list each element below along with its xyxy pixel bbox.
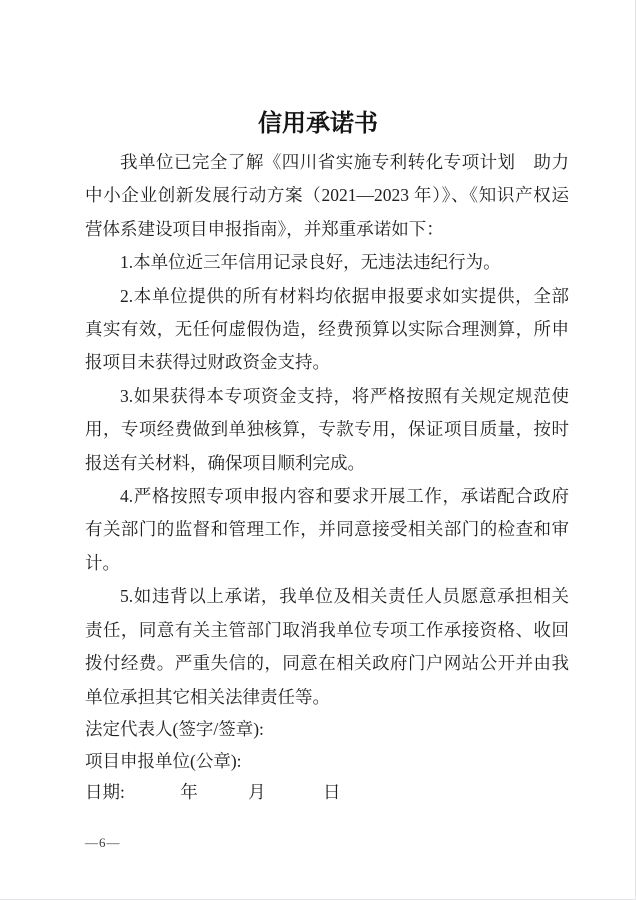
applicant-unit-seal-line: 项目申报单位(公章):: [85, 746, 569, 778]
date-month-label: 月: [248, 777, 266, 809]
date-day-label: 日: [323, 777, 341, 809]
commitment-item-3: 3.如果获得本专项资金支持，将严格按照有关规定规范使用，专项经费做到单独核算，专…: [85, 380, 569, 480]
signature-block: 法定代表人(签字/签章): 项目申报单位(公章): 日期: 年 月 日: [85, 714, 569, 809]
commitment-item-5: 5.如违背以上承诺，我单位及相关责任人员愿意承担相关责任，同意有关主管部门取消我…: [85, 580, 569, 714]
document-body: 我单位已完全了解《四川省实施专利转化专项计划 助力中小企业创新发展行动方案（20…: [85, 146, 569, 809]
footer-page-number: —6—: [85, 835, 121, 851]
commitment-item-4: 4.严格按照专项申报内容和要求开展工作，承诺配合政府有关部门的监督和管理工作，并…: [85, 480, 569, 580]
date-line: 日期: 年 月 日: [85, 777, 569, 809]
legal-representative-signature-line: 法定代表人(签字/签章):: [85, 714, 569, 746]
scanned-document-page: 信用承诺书 我单位已完全了解《四川省实施专利转化专项计划 助力中小企业创新发展行…: [0, 0, 636, 900]
date-year-label: 年: [180, 777, 198, 809]
date-label: 日期:: [85, 782, 125, 802]
commitment-item-1: 1.本单位近三年信用记录良好，无违法违纪行为。: [85, 246, 569, 279]
commitment-item-2: 2.本单位提供的所有材料均依据申报要求如实提供，全部真实有效，无任何虚假伪造，经…: [85, 280, 569, 380]
intro-paragraph: 我单位已完全了解《四川省实施专利转化专项计划 助力中小企业创新发展行动方案（20…: [85, 146, 569, 246]
document-title: 信用承诺书: [0, 108, 636, 140]
